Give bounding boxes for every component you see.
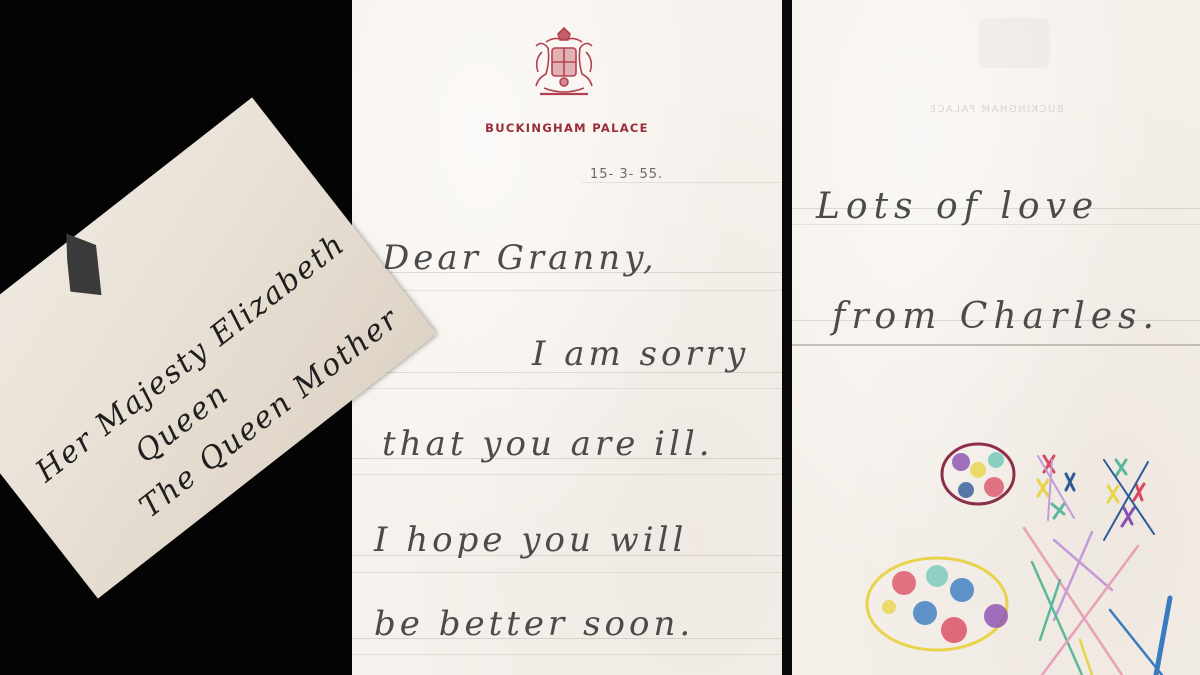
- letter-page-2: BUCKINGHAM PALACE Lots of love from Char…: [792, 0, 1200, 675]
- letter-line-4: I hope you will: [374, 520, 687, 560]
- letter-line-5: be better soon.: [374, 604, 694, 644]
- letterhead-title: BUCKINGHAM PALACE: [352, 121, 782, 135]
- letter-line-1: Dear Granny,: [382, 238, 658, 278]
- royal-crest-icon: [528, 26, 600, 104]
- letter-line-3: that you are ill.: [382, 424, 714, 464]
- letter-line-2: I am sorry: [532, 334, 749, 374]
- crayon-drawing: [792, 0, 1200, 675]
- letter-date: 15- 3- 55.: [590, 167, 663, 182]
- panel-divider: [782, 0, 792, 675]
